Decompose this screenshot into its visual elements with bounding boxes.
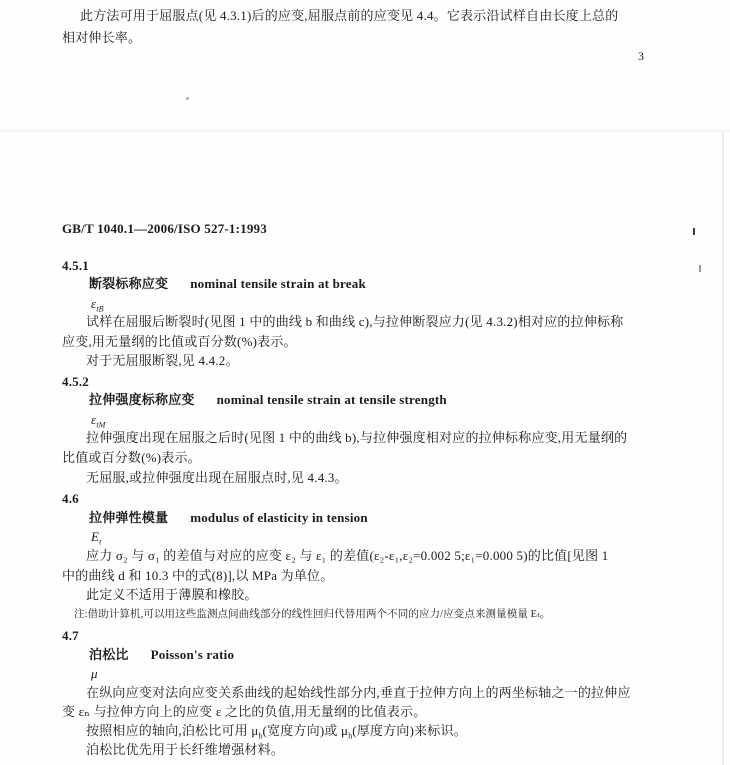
term-chinese: 断裂标称应变	[89, 276, 168, 291]
margin-tick-mark	[699, 265, 701, 272]
prev-page-body-line: 相对伸长率。	[62, 30, 141, 46]
clause-title: 拉伸弹性模量modulus of elasticity in tension	[89, 510, 368, 526]
body-line: 拉伸强度出现在屈服之后时(见图 1 中的曲线 b),与拉伸强度相对应的拉伸标称应…	[86, 430, 627, 446]
symbol-subscript: tB	[96, 305, 103, 314]
scan-speck	[186, 97, 189, 100]
body-text-segment: (宽度方向)或 μ	[263, 723, 349, 738]
term-english: Poisson's ratio	[151, 647, 235, 662]
body-line: 此定义不适用于薄膜和橡胶。	[86, 587, 258, 603]
clause-number: 4.7	[62, 628, 79, 644]
scanned-document-page: 此方法可用于屈服点(见 4.3.1)后的应变,屈服点前的应变见 4.4。它表示沿…	[0, 0, 730, 765]
symbol-subscript: t	[99, 538, 101, 547]
term-english: modulus of elasticity in tension	[190, 510, 368, 525]
body-line: 无屈服,或拉伸强度出现在屈服点时,见 4.4.3。	[86, 470, 348, 486]
page-edge-shadow	[722, 132, 724, 765]
clause-title: 断裂标称应变nominal tensile strain at break	[89, 276, 366, 292]
body-line: 中的曲线 d 和 10.3 中的式(8)],以 MPa 为单位。	[62, 568, 333, 584]
clause-number: 4.6	[62, 491, 79, 507]
body-line: 在纵向应变对法向应变关系曲线的起始线性部分内,垂直于拉伸方向上的两坐标轴之一的拉…	[86, 685, 631, 701]
clause-title: 泊松比Poisson's ratio	[89, 647, 234, 663]
term-english: nominal tensile strain at break	[190, 276, 366, 291]
page-number: 3	[638, 48, 644, 64]
term-chinese: 拉伸弹性模量	[89, 510, 168, 525]
body-line: 应力 σ₂ 与 σ₁ 的差值与对应的应变 ε₂ 与 ε₁ 的差值(ε₂-ε₁,ε…	[86, 548, 608, 564]
body-text-segment: (厚度方向)来标识。	[352, 723, 467, 738]
body-text-segment: 按照相应的轴向,泊松比可用 μ	[86, 723, 258, 738]
term-english: nominal tensile strain at tensile streng…	[217, 392, 447, 407]
symbol-base: E	[91, 529, 99, 544]
body-line: 变 εₙ 与拉伸方向上的应变 ε 之比的负值,用无量纲的比值表示。	[62, 704, 426, 720]
page-seam	[0, 129, 730, 132]
body-line: 泊松比优先用于长纤维增强材料。	[86, 742, 284, 758]
margin-tick-mark	[693, 228, 695, 235]
prev-page-body-line: 此方法可用于屈服点(见 4.3.1)后的应变,屈服点前的应变见 4.4。它表示沿…	[80, 8, 618, 24]
symbol-subscript: tM	[96, 421, 105, 430]
body-line: 对于无屈服断裂,见 4.4.2。	[86, 353, 239, 369]
body-line: 比值或百分数(%)表示。	[62, 450, 201, 466]
body-line: 应变,用无量纲的比值或百分数(%)表示。	[62, 334, 297, 350]
clause-number: 4.5.2	[62, 374, 89, 390]
document-header: GB/T 1040.1—2006/ISO 527-1:1993	[62, 221, 267, 237]
clause-number: 4.5.1	[62, 258, 89, 274]
clause-title: 拉伸强度标称应变nominal tensile strain at tensil…	[89, 392, 447, 408]
symbol-base: μ	[91, 666, 98, 681]
note-line: 注:借助计算机,可以用这些监测点间曲线部分的线性回归代替用两个不同的应力/应变点…	[74, 607, 551, 623]
term-chinese: 泊松比	[89, 647, 129, 662]
body-line: 试样在屈服后断裂时(见图 1 中的曲线 b 和曲线 c),与拉伸断裂应力(见 4…	[86, 314, 623, 330]
term-chinese: 拉伸强度标称应变	[89, 392, 195, 407]
